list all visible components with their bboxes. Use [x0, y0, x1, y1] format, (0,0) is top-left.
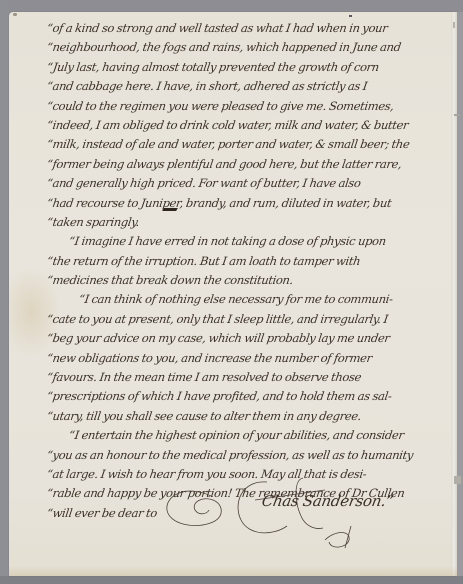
scan-background-left [0, 0, 9, 584]
letter-line: “new obligations to you, and increase th… [46, 349, 449, 368]
letter-line: “cate to you at present, only that I sle… [46, 310, 449, 329]
paper-speck [454, 476, 461, 484]
paper-speck [454, 114, 460, 116]
letter-line: “could to the regimen you were pleased t… [46, 97, 449, 116]
letter-line: “July last, having almost totally preven… [46, 58, 449, 77]
letter-line: “indeed, I am obliged to drink cold wate… [46, 116, 449, 135]
paper-speck [453, 22, 455, 28]
signature-flourish [155, 470, 385, 550]
letter-line: “milk, instead of ale and water, porter … [46, 135, 449, 154]
signature: Chas Sanderson.” [260, 492, 394, 510]
letter-line: “of a kind so strong and well tasted as … [46, 19, 449, 38]
scan-background-top [0, 0, 463, 12]
letter-line: “medicines that break down the constitut… [46, 271, 449, 290]
letter-line: “and generally high priced. For want of … [46, 174, 449, 193]
letter-line: “beg your advice on my case, which will … [46, 329, 449, 348]
letter-line: “taken sparingly. [46, 213, 449, 232]
letter-line: “favours. In the mean time I am resolved… [46, 368, 449, 387]
letter-line: “I entertain the highest opinion of your… [46, 426, 449, 445]
letter-line: “former being always plentiful and good … [46, 155, 449, 174]
paper-stain [9, 566, 457, 576]
paper-speck [349, 15, 352, 17]
letter-line: “I imagine I have erred in not taking a … [46, 232, 449, 251]
scan-background-bottom [0, 576, 463, 584]
letter-line: “utary, till you shall see cause to alte… [46, 407, 449, 426]
letter-line: “and cabbage here. I have, in short, adh… [46, 77, 449, 96]
corner-fold [13, 13, 17, 16]
letter-line: “prescriptions of which I have profited,… [46, 387, 449, 406]
letter-body: “of a kind so strong and well tasted as … [47, 19, 447, 523]
letter-line: “you as an honour to the medical profess… [46, 446, 449, 465]
letter-line: “the return of the irruption. But I am l… [46, 252, 449, 271]
letter-line: “I can think of nothing else necessary f… [46, 290, 449, 309]
scan-background-right [457, 12, 463, 576]
letter-line: “neighbourhood, the fogs and rains, whic… [46, 38, 449, 57]
letter-line: “had recourse to Juniper, brandy, and ru… [46, 194, 449, 213]
